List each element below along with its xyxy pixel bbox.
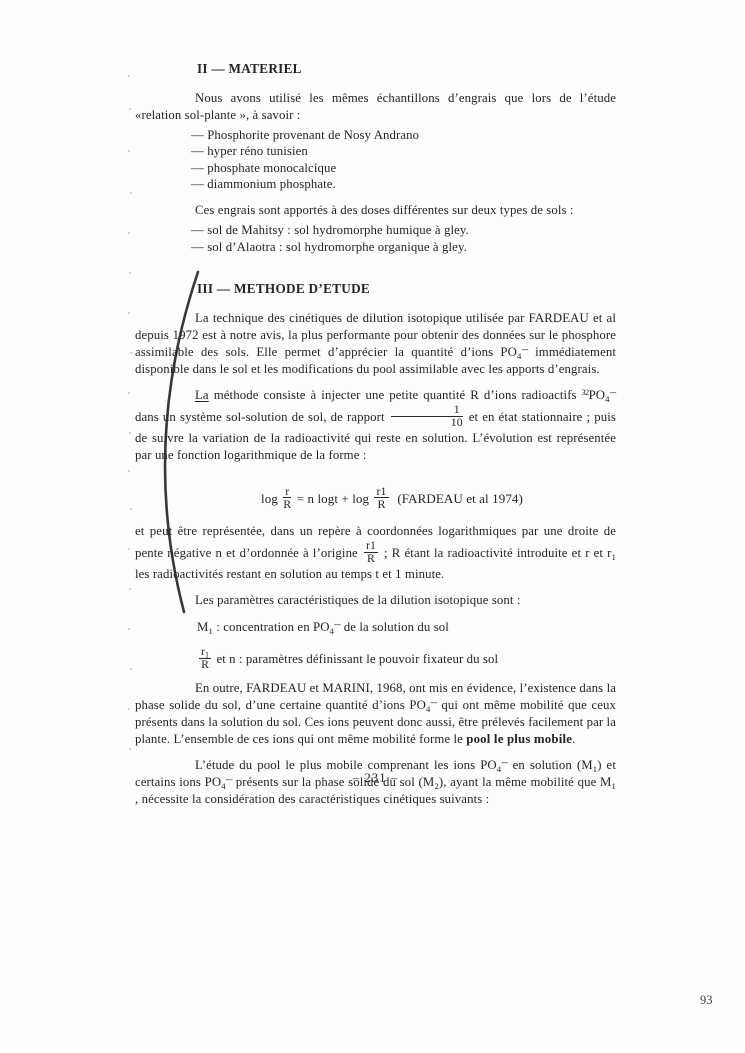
list-item: — phosphate monocalcique: [191, 160, 616, 177]
page-number: – 231 –: [135, 770, 616, 787]
paragraph: Ces engrais sont apportés à des doses di…: [135, 202, 616, 219]
parameter-definition: r1R et n : paramètres définissant le pou…: [197, 646, 616, 672]
paragraph: et peut être représentée, dans un repère…: [135, 523, 616, 583]
dash-list: — Phosphorite provenant de Nosy Andrano—…: [191, 127, 616, 194]
section-heading: II — MATERIEL: [197, 60, 616, 78]
dash-list: — sol de Mahitsy : sol hydromorphe humiq…: [191, 222, 616, 255]
paragraph: Nous avons utilisé les mêmes échantillon…: [135, 90, 616, 124]
list-item: — sol de Mahitsy : sol hydromorphe humiq…: [191, 222, 616, 239]
parameter-definition: M1 : concentration en PO4--- de la solut…: [197, 619, 616, 636]
folio-number: 93: [700, 993, 713, 1008]
page-footer-wrap: – 231 –: [135, 770, 616, 790]
list-item: — Phosphorite provenant de Nosy Andrano: [191, 127, 616, 144]
paragraph: Les paramètres caractéristiques de la di…: [135, 592, 616, 609]
paragraph: La technique des cinétiques de dilution …: [135, 310, 616, 378]
paragraph: La méthode consiste à injecter une petit…: [135, 387, 616, 464]
equation: log rR = n logt + log r1R (FARDEAU et al…: [261, 485, 616, 511]
paragraph: En outre, FARDEAU et MARINI, 1968, ont m…: [135, 680, 616, 748]
document-page: II — MATERIELNous avons utilisé les même…: [0, 0, 745, 1053]
list-item: — sol d’Alaotra : sol hydromorphe organi…: [191, 239, 616, 256]
list-item: — diammonium phosphate.: [191, 176, 616, 193]
list-item: — hyper réno tunisien: [191, 143, 616, 160]
document-content: II — MATERIELNous avons utilisé les même…: [135, 60, 616, 808]
section-heading: III — METHODE D’ETUDE: [197, 280, 616, 298]
